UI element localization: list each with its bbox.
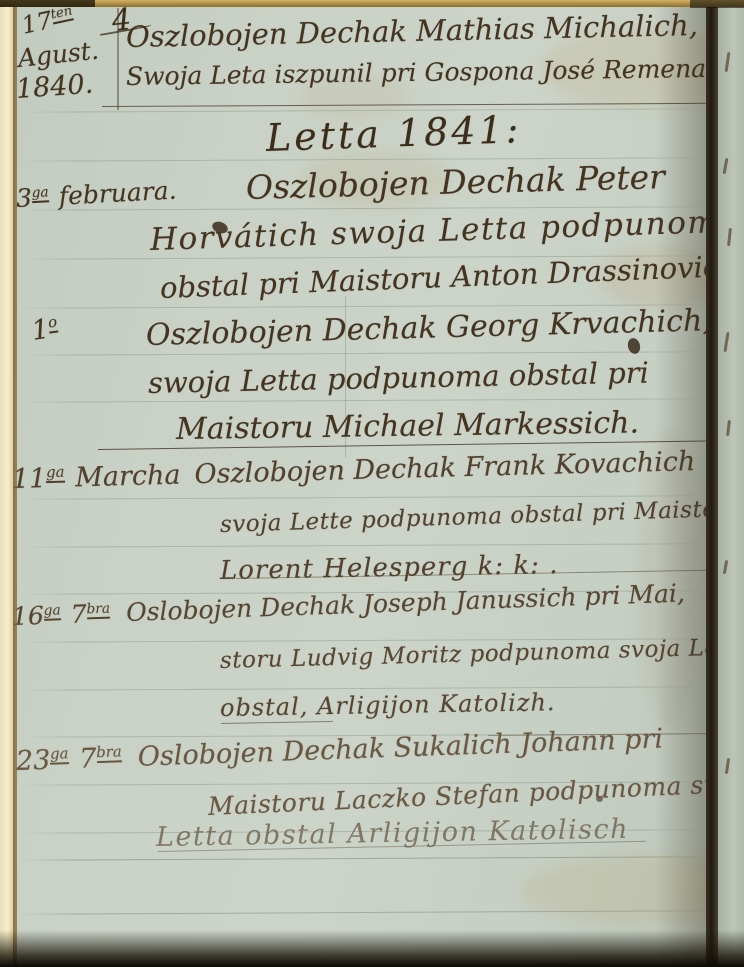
year-heading: Letta 1841: — [265, 107, 522, 160]
left-page-edge — [0, 0, 14, 967]
adjacent-page-marks — [723, 332, 729, 352]
manuscript-page: 4 17ten Agust. 1840. Oszlobojen Dechak M… — [0, 0, 744, 967]
entry-5-text-line-3: obstal, Arligijon Katolizh. — [220, 688, 556, 722]
entry-2-date: 3ga februara. — [15, 176, 177, 213]
top-corner-shadow — [0, 0, 95, 7]
entry-5-text-line-1: 16ga 7braOslobojen Dechak Joseph Janussi… — [11, 579, 685, 631]
top-corner-shadow — [690, 0, 744, 8]
gutter-shadow — [655, 0, 706, 967]
entry-3-text-line-3: Maistoru Michael Markessich. — [176, 406, 639, 447]
entry-1-date-month: Agust. — [16, 36, 100, 73]
adjacent-page-marks — [723, 560, 728, 574]
entry-3-text-line-2: swoja Letta podpunoma obstal pri — [148, 356, 650, 400]
adjacent-page-marks — [727, 228, 731, 246]
page-top-edge — [0, 0, 744, 7]
page-fold — [706, 0, 718, 967]
entry-4-text-line-3: Lorent Helesperg k: k: . — [220, 550, 559, 586]
adjacent-page-marks — [725, 52, 730, 72]
adjacent-page-marks — [725, 758, 730, 774]
adjacent-page-marks — [723, 158, 728, 174]
entry-4-date: 11ga Marcha — [12, 460, 181, 495]
entry-1-date-year: 1840. — [15, 69, 94, 105]
adjacent-page-edge — [718, 0, 744, 967]
entry-3-date: 1o — [30, 312, 62, 347]
left-deckle-edge — [13, 0, 17, 967]
entry-4-text-line-1: 11ga MarchaOszlobojen Dechak Frank Kovac… — [12, 446, 696, 495]
entry-5-date: 16ga 7bra — [11, 599, 112, 631]
ruled-line — [20, 543, 710, 548]
bottom-shadow — [0, 930, 744, 967]
entry-6-date: 23ga 7bra — [15, 742, 124, 777]
ruled-line — [20, 686, 710, 691]
entry-6-text-line-1: 23ga 7braOslobojen Dechak Sukalich Johan… — [15, 723, 663, 777]
ruled-line — [20, 398, 710, 403]
adjacent-page-marks — [726, 420, 730, 436]
ruled-line — [20, 351, 710, 356]
